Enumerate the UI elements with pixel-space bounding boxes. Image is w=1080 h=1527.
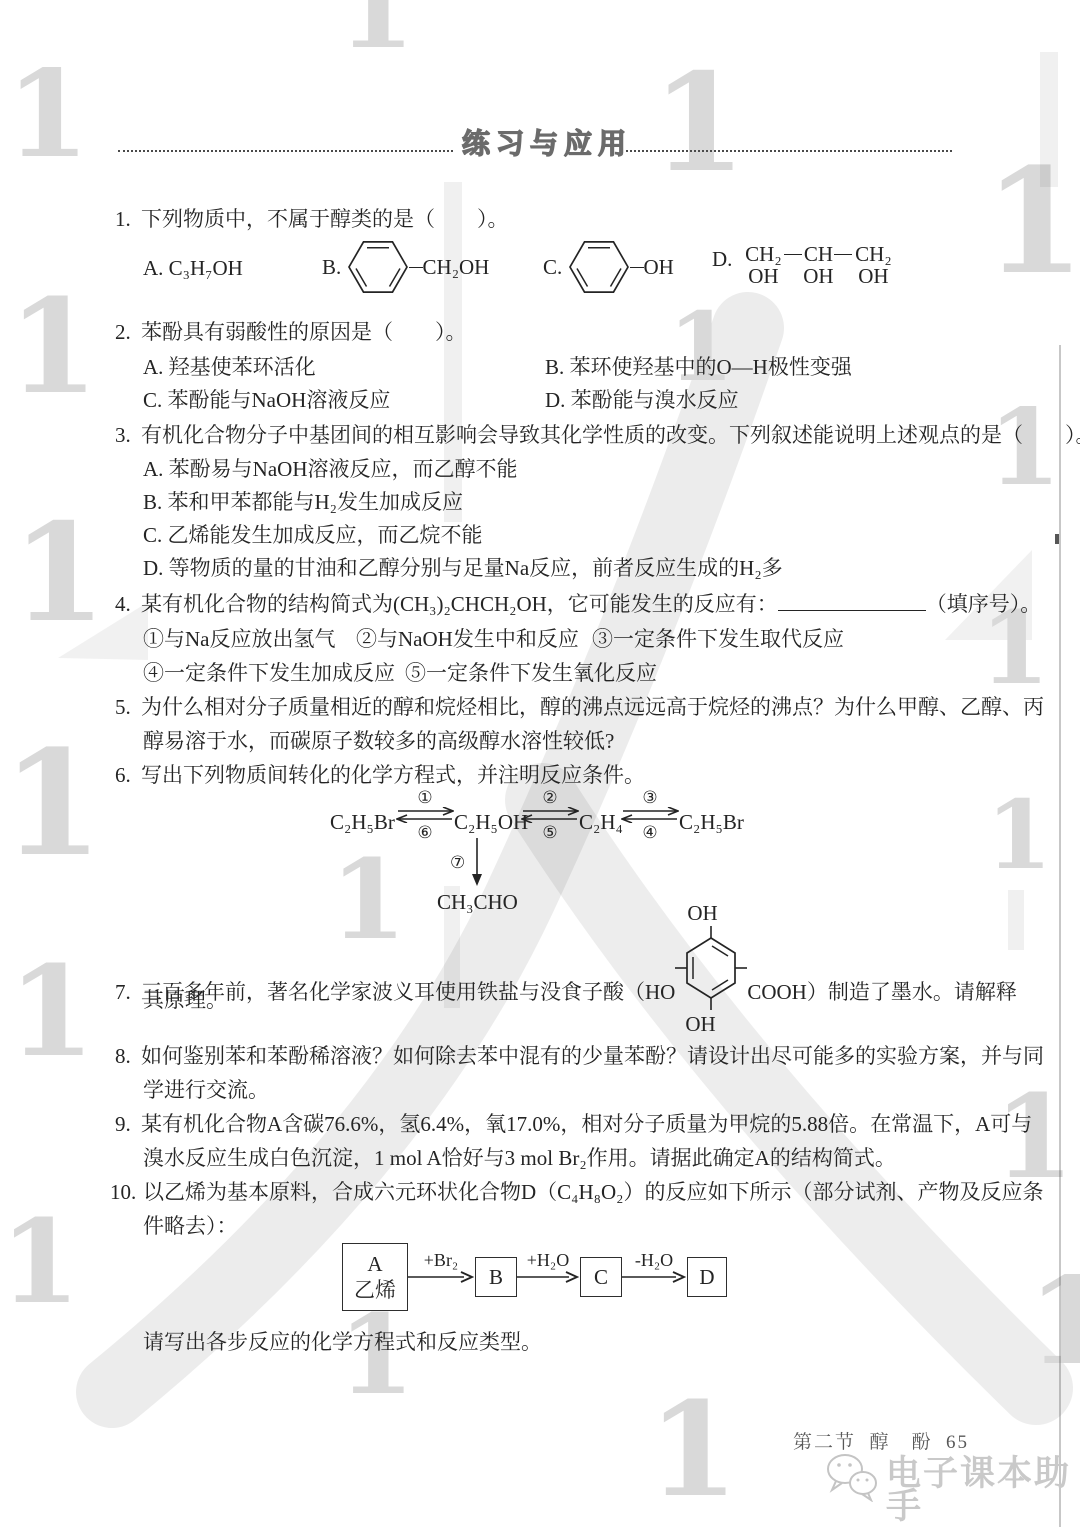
question-4-item-5: ⑤一定条件下发生氧化反应 xyxy=(405,657,657,690)
question-1-option-b: B. CH₂OH xyxy=(322,235,489,299)
question-3-option-b: B. 苯和甲苯都能与H₂发生加成反应 xyxy=(143,486,463,519)
question-8: 8.如何鉴别苯和苯酚稀溶液？如何除去苯中混有的少量苯酚？请设计出尽可能多的实验方… xyxy=(115,1040,1044,1073)
answer-blank xyxy=(778,592,926,611)
species-formula: C₂H₄ xyxy=(579,806,623,839)
question-number: 1. xyxy=(115,203,141,236)
brand-watermark: 电子课本助手 xyxy=(886,1457,1080,1523)
page-content: 练习与应用 1.下列物质中，不属于醇类的是（ ）。 A. C₃H₇OH B. C… xyxy=(0,0,1080,1527)
step-label: ④ xyxy=(642,823,657,842)
section-header-title: 练习与应用 xyxy=(462,128,632,161)
question-1-option-c: C. OH xyxy=(543,235,674,299)
header-dotted-line-left xyxy=(118,150,453,152)
question-4-item-2: ②与NaOH发生中和反应 xyxy=(356,623,579,656)
option-label: A. xyxy=(143,457,163,481)
step-label: ⑦ xyxy=(450,846,465,879)
option-text: 苯环使羟基中的O—H极性变强 xyxy=(570,355,852,379)
product-formula: CH₃CHO xyxy=(437,886,518,919)
question-number: 4. xyxy=(115,588,141,621)
question-9-line2: 溴水反应生成白色沉淀，1 mol A恰好与3 mol Br₂作用。请据此确定A的… xyxy=(143,1142,896,1175)
question-7: 7. 三百多年前，著名化学家波义耳使用铁盐与没食子酸（HO OH OH COOH… xyxy=(115,948,1017,1036)
box-label: C xyxy=(594,1261,608,1294)
question-8-line2: 学进行交流。 xyxy=(143,1074,269,1107)
chemical-formula: OH xyxy=(644,251,674,284)
right-arrow-icon xyxy=(408,1270,474,1284)
equilibrium-step-2: ② ⑤ xyxy=(521,788,579,842)
question-number: 10. xyxy=(110,1176,143,1209)
option-text: 苯酚能与NaOH溶液反应 xyxy=(168,388,391,412)
option-text: 羟基使苯环活化 xyxy=(169,355,316,379)
question-text: 某有机化合物的结构简式为(CH₃)₂CHCH₂OH，它可能发生的反应有： xyxy=(141,592,778,616)
benzene-ring-icon xyxy=(675,926,747,1014)
question-number: 8. xyxy=(115,1040,141,1073)
question-number: 5. xyxy=(115,691,141,724)
option-text: 等物质的量的甘油和乙醇分别与足量Na反应，前者反应生成的H₂多 xyxy=(169,556,783,580)
step-label: ⑤ xyxy=(542,823,557,842)
species-formula: C₂H₅OH xyxy=(454,806,528,839)
question-2-option-c: C. 苯酚能与NaOH溶液反应 xyxy=(143,384,390,417)
reagent-label: +Br₂ xyxy=(408,1250,474,1270)
flow-box-c: C xyxy=(580,1257,622,1297)
question-2-option-d: D. 苯酚能与溴水反应 xyxy=(545,384,739,417)
gallic-acid-structure: OH OH xyxy=(675,948,747,1036)
option-label: D. xyxy=(712,243,732,276)
footer-section: 第二节 xyxy=(793,1432,856,1453)
option-label: D. xyxy=(545,388,565,412)
chemical-formula: OH xyxy=(802,265,834,287)
question-3: 3.有机化合物分子中基团间的相互影响会导致其化学性质的改变。下列叙述能说明上述观… xyxy=(115,419,1080,452)
equilibrium-step-3: ③ ④ xyxy=(621,788,679,842)
question-5: 5.为什么相对分子质量相近的醇和烷烃相比，醇的沸点远远高于烷烃的沸点？为什么甲醇… xyxy=(115,691,1044,724)
option-label: B. xyxy=(545,355,564,379)
wechat-icon xyxy=(824,1452,880,1502)
footer-page-number: 65 xyxy=(946,1432,969,1453)
question-text: 写出下列物质间转化的化学方程式，并注明反应条件。 xyxy=(141,763,645,787)
option-label: C. xyxy=(143,388,162,412)
flow-box-b: B xyxy=(475,1257,517,1297)
question-4: 4.某有机化合物的结构简式为(CH₃)₂CHCH₂OH，它可能发生的反应有：（填… xyxy=(115,588,1041,621)
question-2-option-b: B. 苯环使羟基中的O—H极性变强 xyxy=(545,351,852,384)
reagent-label: +H₂O xyxy=(517,1250,579,1270)
box-label: 乙烯 xyxy=(354,1277,396,1303)
question-1: 1.下列物质中，不属于醇类的是（ ）。 xyxy=(115,203,509,236)
question-2: 2.苯酚具有弱酸性的原因是（ ）。 xyxy=(115,316,467,349)
chemical-formula: CH₂OH xyxy=(423,251,490,284)
question-number: 2. xyxy=(115,316,141,349)
question-9: 9.某有机化合物A含碳76.6%，氢6.4%，氧17.0%，相对分子质量为甲烷的… xyxy=(115,1108,1032,1141)
question-text: 为什么相对分子质量相近的醇和烷烃相比，醇的沸点远远高于烷烃的沸点？为什么甲醇、乙… xyxy=(141,695,1044,719)
question-text: 某有机化合物A含碳76.6%，氢6.4%，氧17.0%，相对分子质量为甲烷的5.… xyxy=(141,1112,1032,1136)
step-label: ① xyxy=(417,788,432,807)
benzene-ring-icon xyxy=(347,235,409,299)
step-label: ③ xyxy=(642,788,657,807)
question-number: 3. xyxy=(115,419,141,452)
option-label: D. xyxy=(143,556,163,580)
question-10-closing: 请写出各步反应的化学方程式和反应类型。 xyxy=(143,1326,542,1359)
footer-chapter: 醇 酚 xyxy=(870,1432,933,1453)
step-label: ⑥ xyxy=(417,823,432,842)
question-1-option-d: D. CH₂ CH CH₂ OH OH OH xyxy=(712,243,894,287)
down-arrow-icon xyxy=(470,838,484,886)
question-10-line2: 件略去）： xyxy=(143,1210,238,1243)
question-text: 苯酚具有弱酸性的原因是（ ）。 xyxy=(141,320,467,344)
chemical-formula: C₃H₇OH xyxy=(169,252,243,285)
equilibrium-step-1: ① ⑥ xyxy=(396,788,454,842)
chemical-formula: OH xyxy=(742,265,784,287)
chemical-formula: OH xyxy=(852,265,894,287)
question-number: 7. xyxy=(115,976,141,1009)
question-3-option-d: D. 等物质的量的甘油和乙醇分别与足量Na反应，前者反应生成的H₂多 xyxy=(143,552,783,585)
chemical-formula: CH₂ xyxy=(852,243,894,265)
question-text: 有机化合物分子中基团间的相互影响会导致其化学性质的改变。下列叙述能说明上述观点的… xyxy=(141,423,1080,447)
flow-arrow-3: -H₂O xyxy=(622,1250,686,1284)
species-formula: C₂H₅Br xyxy=(679,806,744,839)
question-text: 如何鉴别苯和苯酚稀溶液？如何除去苯中混有的少量苯酚？请设计出尽可能多的实验方案，… xyxy=(141,1044,1044,1068)
option-label: A. xyxy=(143,355,163,379)
flow-arrow-1: +Br₂ xyxy=(408,1250,474,1284)
box-label: B xyxy=(489,1261,503,1294)
option-text: 苯酚能与溴水反应 xyxy=(571,388,739,412)
question-4-item-4: ④一定条件下发生加成反应 xyxy=(143,657,395,690)
equilibrium-arrow-icon xyxy=(521,807,579,823)
question-text: （填序号）。 xyxy=(926,592,1042,616)
option-text: 苯酚易与NaOH溶液反应，而乙醇不能 xyxy=(169,457,518,481)
textbook-page: 1 1 1 1 1 1 1 1 1 1 1 1 1 1 1 1 1 1 练习与应… xyxy=(0,0,1080,1527)
box-label: D xyxy=(699,1261,714,1294)
question-3-option-c: C. 乙烯能发生加成反应，而乙烷不能 xyxy=(143,519,483,552)
option-text: 乙烯能发生加成反应，而乙烷不能 xyxy=(168,523,483,547)
hydroxyl-label: OH xyxy=(685,1008,715,1041)
question-number: 6. xyxy=(115,759,141,792)
question-3-option-a: A. 苯酚易与NaOH溶液反应，而乙醇不能 xyxy=(143,453,518,486)
right-arrow-icon xyxy=(622,1270,686,1284)
bond-line xyxy=(630,267,644,268)
flow-arrow-2: +H₂O xyxy=(517,1250,579,1284)
step-label: ② xyxy=(542,788,557,807)
flow-box-d: D xyxy=(687,1257,727,1297)
question-4-item-1: ①与Na反应放出氢气 xyxy=(143,623,336,656)
equilibrium-arrow-icon xyxy=(621,807,679,823)
chemical-formula: CH xyxy=(802,243,834,265)
reagent-label: -H₂O xyxy=(622,1250,686,1270)
question-1-option-a: A. C₃H₇OH xyxy=(143,252,243,285)
bond-line xyxy=(784,254,802,255)
question-4-item-3: ③一定条件下发生取代反应 xyxy=(592,623,844,656)
equilibrium-arrow-icon xyxy=(396,807,454,823)
glycerol-structure: CH₂ CH CH₂ OH OH OH xyxy=(742,243,894,287)
question-text: 以乙烯为基本原料，合成六元环状化合物D（C₄H₈O₂）的反应如下所示（部分试剂、… xyxy=(143,1180,1043,1204)
right-arrow-icon xyxy=(517,1270,579,1284)
option-label: A. xyxy=(143,252,163,285)
option-label: C. xyxy=(543,251,562,284)
header-dotted-line-right xyxy=(626,150,952,152)
flow-box-a: A 乙烯 xyxy=(342,1243,408,1311)
question-2-option-a: A. 羟基使苯环活化 xyxy=(143,351,316,384)
question-7-line2: 其原理。 xyxy=(143,984,227,1017)
option-text: 苯和甲苯都能与H₂发生加成反应 xyxy=(168,490,464,514)
bond-line xyxy=(834,254,852,255)
question-number: 9. xyxy=(115,1108,141,1141)
option-label: C. xyxy=(143,523,162,547)
question-5-line2: 醇易溶于水，而碳原子数较多的高级醇水溶性较低? xyxy=(143,725,614,758)
benzene-ring-icon xyxy=(568,235,630,299)
question-text: COOH）制造了墨水。请解释 xyxy=(747,976,1017,1009)
question-text: 下列物质中，不属于醇类的是（ ）。 xyxy=(141,207,509,231)
box-label: A xyxy=(367,1251,382,1277)
option-label: B. xyxy=(322,251,341,284)
option-label: B. xyxy=(143,490,162,514)
chemical-formula: CH₂ xyxy=(742,243,784,265)
species-formula: C₂H₅Br xyxy=(330,806,395,839)
question-10: 10.以乙烯为基本原料，合成六元环状化合物D（C₄H₈O₂）的反应如下所示（部分… xyxy=(110,1176,1043,1209)
bond-line xyxy=(409,267,423,268)
